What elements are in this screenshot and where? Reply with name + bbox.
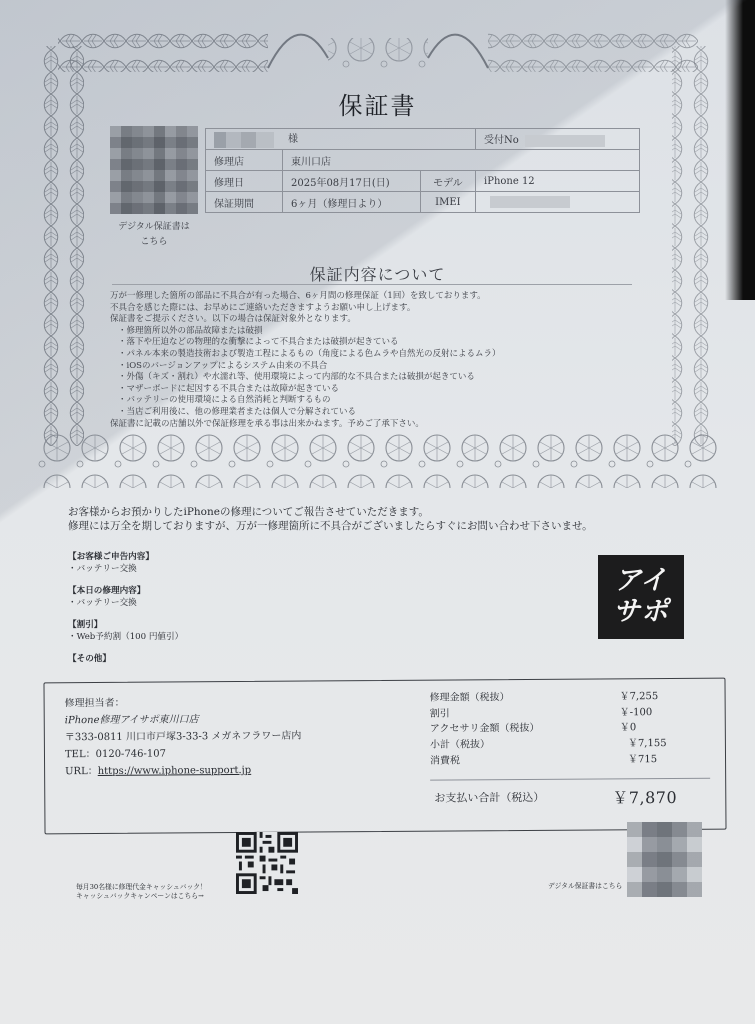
warranty-section-title: 保証内容について [0,262,755,285]
total-label: お支払い合計（税込） [430,789,612,806]
cost-label: 消費税 [430,750,620,766]
logo-line-2: サポ [598,596,684,627]
shop-tel[interactable]: TEL：0120-746-107 [65,745,302,764]
cost-label: 割引 [430,703,620,719]
promo-line-2: キャッシュバックキャンペーンはこちら→ [76,892,207,901]
exclusion-item: ・修理箇所以外の部品故障または破損 [110,326,670,338]
terms-closing: 保証書に記載の店舗以外で保証修理を承る事は出来かねます。予めご了承下さい。 [110,419,670,431]
cost-breakdown: 修理金額（税抜）￥7,255 割引￥-100 アクセサリ金額（税抜）￥0 小計（… [430,687,711,810]
warranty-document: 保証書 デジタル保証書は こちら 様 受付No 修理店 東川口店 修理日 202… [0,0,755,1024]
aisapo-logo: アイ サポ [598,555,684,639]
cost-value: ￥715 [620,749,710,765]
exclusion-item: ・パネル本来の製造技術および製造工程によるもの（角度による色ムラや自然光の反射に… [110,349,670,361]
exclusion-item: ・外傷（キズ・割れ）や水濡れ等、使用環境によって内部的な不具合または破損が起きて… [110,372,670,384]
imei-redacted [490,196,570,208]
terms-intro-3: 保証書をご提示ください。以下の場合は保証対象外となります。 [110,314,670,326]
total-value: ￥7,870 [612,785,677,808]
discount-item: ・Web予約割（100 円値引） [68,632,183,644]
receipt-no-label: 受付No [484,135,519,146]
cost-row: 消費税￥715 [430,749,710,767]
customer-name-redacted [214,132,274,148]
terms-intro-2: 不具合を感じた際には、お早めにご連絡いただきますようお願い申し上げます。 [110,303,670,315]
cost-row: 小計（税抜）￥7,155 [430,734,710,752]
exclusion-item: ・iOSのバージョンアップによるシステム由来の不具合 [110,361,670,373]
cost-row: アクセサリ金額（税抜）￥0 [430,718,710,736]
digital-warranty-label: デジタル保証書はこちら [548,880,622,890]
customer-request-item: ・バッテリー交換 [68,564,183,576]
customer-name-cell: 様 [206,129,476,150]
section-divider [112,284,632,285]
cost-value: ￥0 [620,718,710,734]
url-label: URL： [65,766,98,777]
model-value: iPhone 12 [476,171,640,192]
shop-url-row: URL：https://www.iphone-support.jp [65,762,302,781]
cost-row: 割引￥-100 [430,702,710,720]
exclusion-item: ・当店ご利用後に、他の修理業者または個人で分解されている [110,407,670,419]
document-title: 保証書 [0,86,755,121]
repair-today-heading: 【本日の修理内容】 [68,586,183,598]
repair-date-value: 2025年08月17日(日) [283,171,421,192]
shop-value: 東川口店 [283,150,640,171]
imei-value-cell [476,192,640,213]
cashback-promo: 毎月30名様に修理代金キャッシュバック！ キャッシュバックキャンペーンはこちら→ [76,883,207,901]
customer-request-heading: 【お客様ご申告内容】 [68,552,183,564]
warranty-period-value: 6ヶ月（修理日より） [283,192,421,213]
terms-intro-1: 万が一修理した箇所の部品に不具合が有った場合、6ヶ月間の修理保証（1回）を致して… [110,291,670,303]
shop-name: iPhone修理アイサポ東川口店 [65,711,302,730]
customer-suffix: 様 [288,134,298,145]
staff-label: 修理担当者： [65,694,302,713]
qr-caption: デジタル保証書は こちら [104,220,204,250]
imei-label: IMEI [420,192,475,213]
repair-report-message: お客様からお預かりしたiPhoneの修理についてご報告させていただきます。 修理… [68,505,593,533]
shop-contact: 修理担当者： iPhone修理アイサポ東川口店 〒333-0811 川口市戸塚3… [65,694,302,781]
cost-row: 修理金額（税抜）￥7,255 [430,687,710,705]
warranty-period-label: 保証期間 [206,192,283,213]
promo-line-1: 毎月30名様に修理代金キャッシュバック！ [76,883,207,892]
report-line-2: 修理には万全を期しておりますが、万が一修理箇所に不具合がございましたらすぐにお問… [68,519,593,533]
digital-warranty-qr-code-blurred-footer[interactable] [627,822,702,897]
background-edge [725,0,755,300]
repair-date-label: 修理日 [206,171,283,192]
logo-line-1: アイ [598,565,684,596]
cost-value: ￥-100 [620,703,710,719]
exclusion-item: ・バッテリーの使用環境による自然消耗と判断するもの [110,395,670,407]
cost-label: アクセサリ金額（税抜） [430,719,620,735]
shop-address: 〒333-0811 川口市戸塚3-33-3 メガネフラワー店内 [65,728,302,747]
cost-value: ￥7,155 [620,734,710,750]
billing-summary-box: 修理担当者： iPhone修理アイサポ東川口店 〒333-0811 川口市戸塚3… [43,678,726,835]
repair-details: 【お客様ご申告内容】 ・バッテリー交換 【本日の修理内容】 ・バッテリー交換 【… [68,552,183,666]
discount-heading: 【割引】 [68,620,183,632]
cost-label: 修理金額（税抜） [430,688,620,704]
receipt-no-cell: 受付No [476,129,640,150]
warranty-terms: 万が一修理した箇所の部品に不具合が有った場合、6ヶ月間の修理保証（1回）を致して… [110,291,670,430]
cost-value: ￥7,255 [620,687,710,703]
shop-label: 修理店 [206,150,283,171]
total-row: お支払い合計（税込） ￥7,870 [430,785,710,810]
total-divider [430,778,710,781]
receipt-no-redacted [525,135,605,147]
warranty-info-table: 様 受付No 修理店 東川口店 修理日 2025年08月17日(日) モデル i… [205,128,640,213]
shop-url-link[interactable]: https://www.iphone-support.jp [98,765,252,777]
repair-today-item: ・バッテリー交換 [68,598,183,610]
exclusion-item: ・マザーボードに起因する不具合または故障が起きている [110,384,670,396]
exclusion-item: ・落下や圧迫などの物理的な衝撃によって不具合または破損が起きている [110,337,670,349]
digital-warranty-qr-code-blurred[interactable] [110,126,198,214]
report-line-1: お客様からお預かりしたiPhoneの修理についてご報告させていただきます。 [68,505,593,519]
model-label: モデル [420,171,475,192]
other-heading: 【その他】 [68,654,183,666]
cost-label: 小計（税抜） [430,734,620,750]
cashback-qr-code[interactable] [236,832,298,894]
